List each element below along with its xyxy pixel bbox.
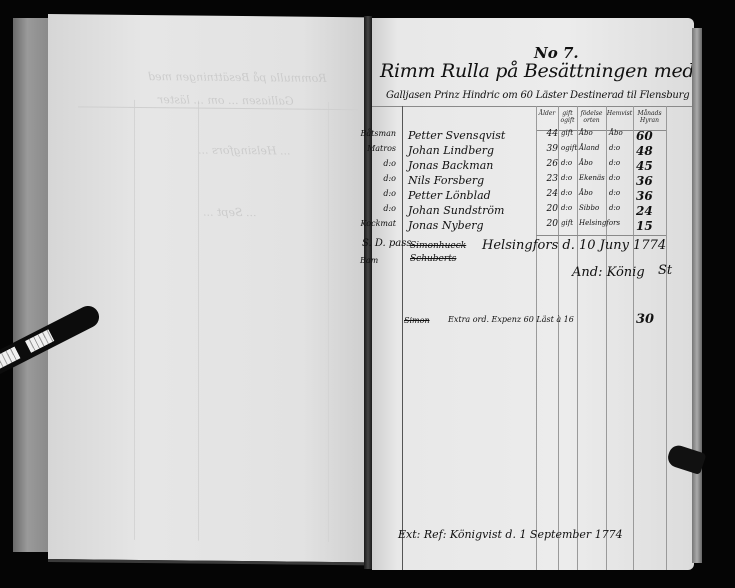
left-page-blank: Rommulla på Besättningen med Galliasen .… bbox=[48, 14, 366, 565]
ghost-column-line bbox=[134, 100, 135, 540]
crew-birthplace: Åbo bbox=[579, 159, 605, 167]
bleed-through-text: ... Helsingfors ... bbox=[198, 144, 290, 158]
crew-residence: d:o bbox=[609, 144, 633, 152]
right-page-muster-roll: No 7. Rimm Rulla på Besättningen med Gal… bbox=[372, 18, 694, 570]
crew-name: Johan Lindberg bbox=[408, 144, 494, 157]
pass-note: S. D. pass bbox=[362, 238, 412, 249]
crew-row: d:o Petter Lönblad 24 d:o Åbo d:o 36 bbox=[372, 189, 694, 204]
book-fore-edge bbox=[13, 18, 51, 552]
header-rule bbox=[372, 106, 694, 107]
extra-struck-prefix: Simon bbox=[404, 316, 430, 325]
crew-wage: 48 bbox=[636, 144, 662, 158]
crew-married: d:o bbox=[561, 189, 577, 197]
extra-entry-amount: 30 bbox=[636, 312, 654, 327]
total-rule bbox=[536, 235, 666, 236]
crew-name: Petter Svensqvist bbox=[408, 129, 505, 142]
crew-name: Johan Sundström bbox=[408, 204, 504, 217]
crew-married: gift bbox=[561, 129, 577, 137]
crew-age: 44 bbox=[540, 129, 558, 139]
header-wage: Månads Hyran bbox=[633, 110, 666, 124]
crew-birthplace: Åbo bbox=[579, 129, 605, 137]
header-birthplace: födelse orten bbox=[577, 110, 606, 124]
crew-residence: d:o bbox=[609, 159, 633, 167]
crew-wage: 45 bbox=[636, 159, 662, 173]
crew-age: 20 bbox=[540, 219, 558, 229]
crew-row: d:o Nils Forsberg 23 d:o Ekenäs d:o 36 bbox=[372, 174, 694, 189]
crew-row: Kockmat Jonas Nyberg 20 gift Helsingfors… bbox=[372, 219, 694, 234]
crew-age: 24 bbox=[540, 189, 558, 199]
header-married: gift ogift bbox=[558, 110, 577, 124]
struck-signature: Simonhueck Schuberts bbox=[410, 240, 480, 266]
crew-residence: d:o bbox=[609, 204, 633, 212]
crew-residence: Åbo bbox=[609, 129, 633, 137]
crew-wage: 60 bbox=[636, 129, 662, 143]
signer-name: And: König bbox=[572, 265, 645, 280]
crew-married: gift bbox=[561, 219, 577, 227]
crew-wage: 36 bbox=[636, 174, 662, 188]
crew-age: 39 bbox=[540, 144, 558, 154]
crew-rank: d:o bbox=[360, 159, 396, 168]
crew-name: Jonas Nyberg bbox=[408, 219, 484, 232]
crew-rank: d:o bbox=[360, 204, 396, 213]
pass-note-2: Bam bbox=[360, 256, 378, 265]
ghost-column-line bbox=[328, 102, 329, 542]
crew-row: d:o Johan Sundström 20 d:o Sibbo d:o 24 bbox=[372, 204, 694, 219]
crew-age: 26 bbox=[540, 159, 558, 169]
crew-residence: d:o bbox=[609, 189, 633, 197]
crew-birthplace: Ekenäs bbox=[579, 174, 605, 182]
bleed-through-text: Rommulla på Besättningen med bbox=[148, 70, 326, 85]
ghost-row-line bbox=[78, 106, 358, 110]
crew-married: d:o bbox=[561, 174, 577, 182]
bleed-through-text: ... Sept ... bbox=[203, 206, 256, 220]
crew-birthplace: Åland bbox=[579, 144, 605, 152]
document-title: Rimm Rulla på Besättningen med bbox=[380, 60, 694, 82]
crew-wage: 24 bbox=[636, 204, 662, 218]
crew-birthplace: Sibbo bbox=[579, 204, 605, 212]
crew-birthplace: Helsingfors bbox=[579, 219, 605, 227]
crew-married: ogift bbox=[561, 144, 577, 152]
crew-row: Båtsman Petter Svensqvist 44 gift Åbo Åb… bbox=[372, 129, 694, 144]
bleed-through-text: Galliasen ... om ... läster bbox=[158, 93, 294, 107]
crew-row: d:o Jonas Backman 26 d:o Åbo d:o 45 bbox=[372, 159, 694, 174]
open-ledger-book: Rommulla på Besättningen med Galliasen .… bbox=[0, 0, 735, 588]
crew-residence: d:o bbox=[609, 174, 633, 182]
crew-rank: Matros bbox=[360, 144, 396, 153]
crew-rank: Båtsman bbox=[360, 129, 396, 138]
right-page-edge bbox=[692, 28, 702, 563]
crew-married: d:o bbox=[561, 159, 577, 167]
crew-name: Nils Forsberg bbox=[408, 174, 484, 187]
crew-rank: d:o bbox=[360, 174, 396, 183]
crew-name: Jonas Backman bbox=[408, 159, 493, 172]
crew-age: 23 bbox=[540, 174, 558, 184]
footer-note: Ext: Ref: Königvist d. 1 September 1774 bbox=[398, 528, 623, 541]
document-subtitle: Galljasen Prinz Hindric om 60 Läster Des… bbox=[386, 90, 689, 101]
crew-wage: 15 bbox=[636, 219, 662, 233]
crew-name: Petter Lönblad bbox=[408, 189, 491, 202]
crew-rank: d:o bbox=[360, 189, 396, 198]
book-spine bbox=[364, 16, 372, 569]
crew-birthplace: Åbo bbox=[579, 189, 605, 197]
crew-wage: 36 bbox=[636, 189, 662, 203]
crew-married: d:o bbox=[561, 204, 577, 212]
crew-age: 20 bbox=[540, 204, 558, 214]
signer-suffix: St bbox=[658, 263, 672, 278]
place-and-date: Helsingfors d. 10 Juny 1774 bbox=[482, 238, 666, 253]
header-age: Ålder bbox=[538, 110, 556, 117]
header-residence: Hemvist bbox=[606, 110, 633, 117]
crew-row: Matros Johan Lindberg 39 ogift Åland d:o… bbox=[372, 144, 694, 159]
extra-entry-text: Extra ord. Expenz 60 Läst à 16 bbox=[448, 315, 574, 324]
ghost-column-line bbox=[198, 101, 199, 541]
crew-rank: Kockmat bbox=[360, 219, 396, 228]
